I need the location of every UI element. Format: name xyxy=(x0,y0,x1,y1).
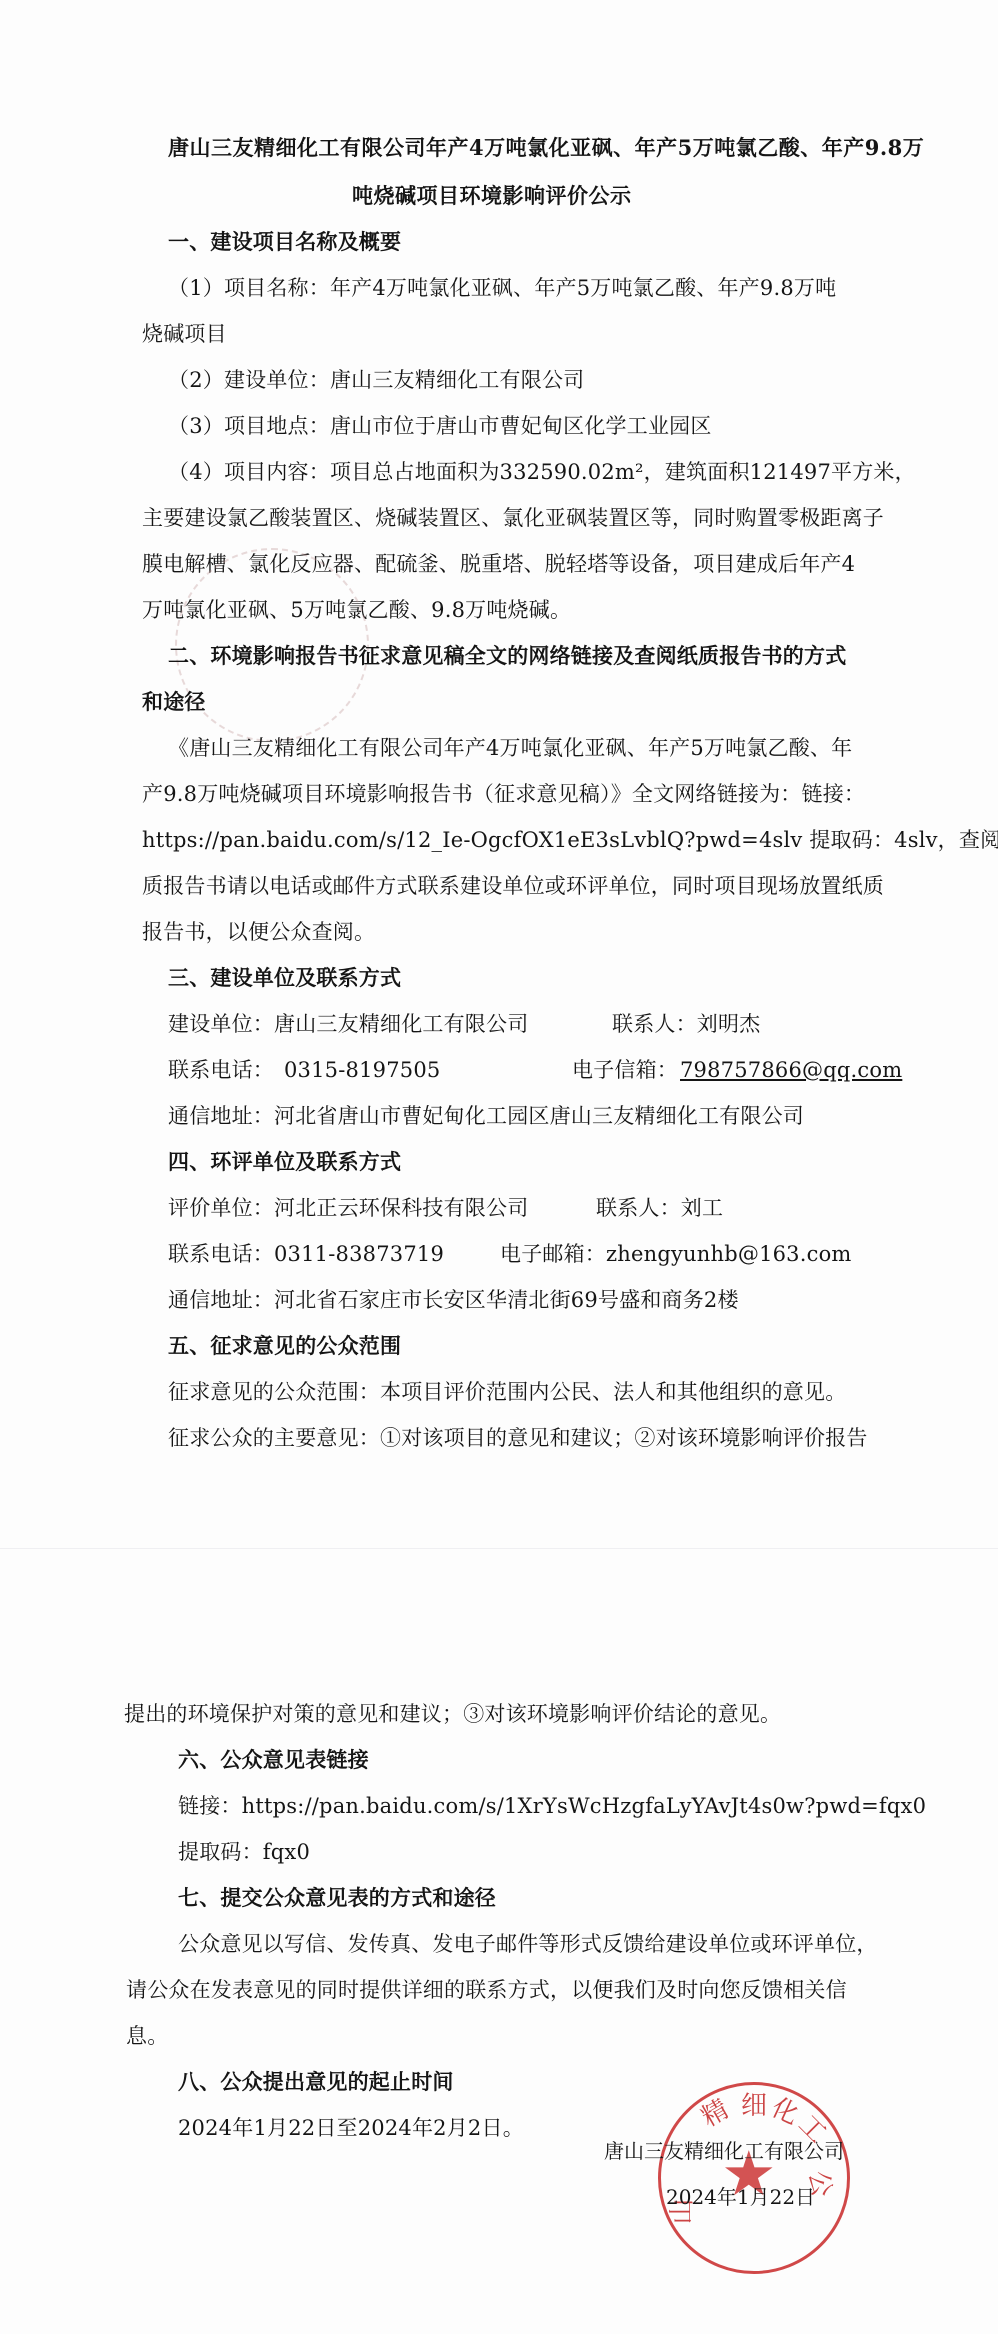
section2-body-line4: 质报告书请以电话或邮件方式联系建设单位或环评单位，同时项目现场放置纸质 xyxy=(142,872,884,900)
main-opinions-line2: 提出的环境保护对策的意见和建议；③对该环境影响评价结论的意见。 xyxy=(124,1700,781,1728)
eia-unit: 评价单位：河北正云环保科技有限公司 xyxy=(168,1194,528,1222)
comment-period: 2024年1月22日至2024年2月2日。 xyxy=(178,2114,524,2142)
seal-char: 精 xyxy=(693,2089,734,2134)
opinion-form-link[interactable]: https://pan.baidu.com/s/1XrYsWcHzgfaLyYA… xyxy=(242,1794,927,1818)
builder-contact: 联系人：刘明杰 xyxy=(612,1010,760,1038)
section1-item4-line1: （4）项目内容：项目总占地面积为332590.02m²，建筑面积121497平方… xyxy=(168,458,916,486)
section2-heading-line2: 和途径 xyxy=(142,688,206,716)
builder-address: 通信地址：河北省唐山市曹妃甸化工园区唐山三友精细化工有限公司 xyxy=(168,1102,804,1130)
section2-body-line2: 产9.8万吨烧碱项目环境影响报告书（征求意见稿）》全文网络链接为：链接： xyxy=(142,780,865,808)
section4-heading: 四、环评单位及联系方式 xyxy=(168,1148,401,1176)
section7-body-line2: 请公众在发表意见的同时提供详细的联系方式，以便我们及时向您反馈相关信 xyxy=(126,1976,847,2004)
section1-item2: （2）建设单位：唐山三友精细化工有限公司 xyxy=(168,366,584,394)
section2-body-line1: 《唐山三友精细化工有限公司年产4万吨氯化亚砜、年产5万吨氯乙酸、年 xyxy=(168,734,852,762)
section7-body-line1: 公众意见以写信、发传真、发电子邮件等形式反馈给建设单位或环评单位， xyxy=(178,1930,878,1958)
section2-body-line5: 报告书，以便公众查阅。 xyxy=(142,918,375,946)
main-opinions-line1: 征求公众的主要意见：①对该项目的意见和建议；②对该环境影响评价报告 xyxy=(168,1424,868,1452)
section1-item4-line2: 主要建设氯乙酸装置区、烧碱装置区、氯化亚砜装置区等，同时购置零极距离子 xyxy=(142,504,884,532)
builder-phone-label: 联系电话： xyxy=(168,1056,274,1084)
eia-phone: 联系电话：0311-83873719 xyxy=(168,1240,444,1268)
section8-heading: 八、公众提出意见的起止时间 xyxy=(178,2068,454,2096)
section1-item3: （3）项目地点：唐山市位于唐山市曹妃甸区化学工业园区 xyxy=(168,412,712,440)
opinion-form-link-label: 链接： xyxy=(178,1794,242,1818)
eia-contact: 联系人：刘工 xyxy=(596,1194,723,1222)
builder-phone: 0315-8197505 xyxy=(284,1056,440,1084)
document-title-line1: 唐山三友精细化工有限公司年产4万吨氯化亚砜、年产5万吨氯乙酸、年产9.8万 xyxy=(168,134,924,162)
report-extraction-code: 提取码：4slv，查阅纸 xyxy=(802,828,998,852)
section6-heading: 六、公众意见表链接 xyxy=(178,1746,369,1774)
section2-body-line3: https://pan.baidu.com/s/12_Ie-OgcfOX1eE3… xyxy=(142,826,998,854)
page-break xyxy=(0,1548,998,1549)
document-title-line2: 吨烧碱项目环境影响评价公示 xyxy=(352,182,632,210)
section3-heading: 三、建设单位及联系方式 xyxy=(168,964,401,992)
signature-company: 唐山三友精细化工有限公司 xyxy=(604,2138,844,2164)
signature-date: 2024年1月22日 xyxy=(666,2184,815,2210)
builder-email-link[interactable]: 798757866@qq.com xyxy=(680,1056,902,1084)
section5-heading: 五、征求意见的公众范围 xyxy=(168,1332,401,1360)
report-download-link[interactable]: https://pan.baidu.com/s/12_Ie-OgcfOX1eE3… xyxy=(142,828,802,852)
opinion-form-link-row: 链接：https://pan.baidu.com/s/1XrYsWcHzgfaL… xyxy=(178,1792,926,1820)
eia-address: 通信地址：河北省石家庄市长安区华清北街69号盛和商务2楼 xyxy=(168,1286,739,1314)
builder-unit: 建设单位：唐山三友精细化工有限公司 xyxy=(168,1010,528,1038)
section7-body-line3: 息。 xyxy=(126,2022,168,2050)
eia-email: 电子邮箱：zhengyunhb@163.com xyxy=(500,1240,852,1268)
section1-heading: 一、建设项目名称及概要 xyxy=(168,228,401,256)
company-seal: ★ 精 细 化 工 公 山 xyxy=(658,2082,850,2274)
opinion-form-code: 提取码：fqx0 xyxy=(178,1838,310,1866)
section2-heading-line1: 二、环境影响报告书征求意见稿全文的网络链接及查阅纸质报告书的方式 xyxy=(168,642,846,670)
section7-heading: 七、提交公众意见表的方式和途径 xyxy=(178,1884,496,1912)
section1-item1-line2: 烧碱项目 xyxy=(142,320,227,348)
seal-char: 细 xyxy=(741,2085,767,2122)
section1-item1-line1: （1）项目名称：年产4万吨氯化亚砜、年产5万吨氯乙酸、年产9.8万吨 xyxy=(168,274,836,302)
public-scope: 征求意见的公众范围：本项目评价范围内公民、法人和其他组织的意见。 xyxy=(168,1378,846,1406)
builder-email-label: 电子信箱： xyxy=(572,1056,678,1084)
